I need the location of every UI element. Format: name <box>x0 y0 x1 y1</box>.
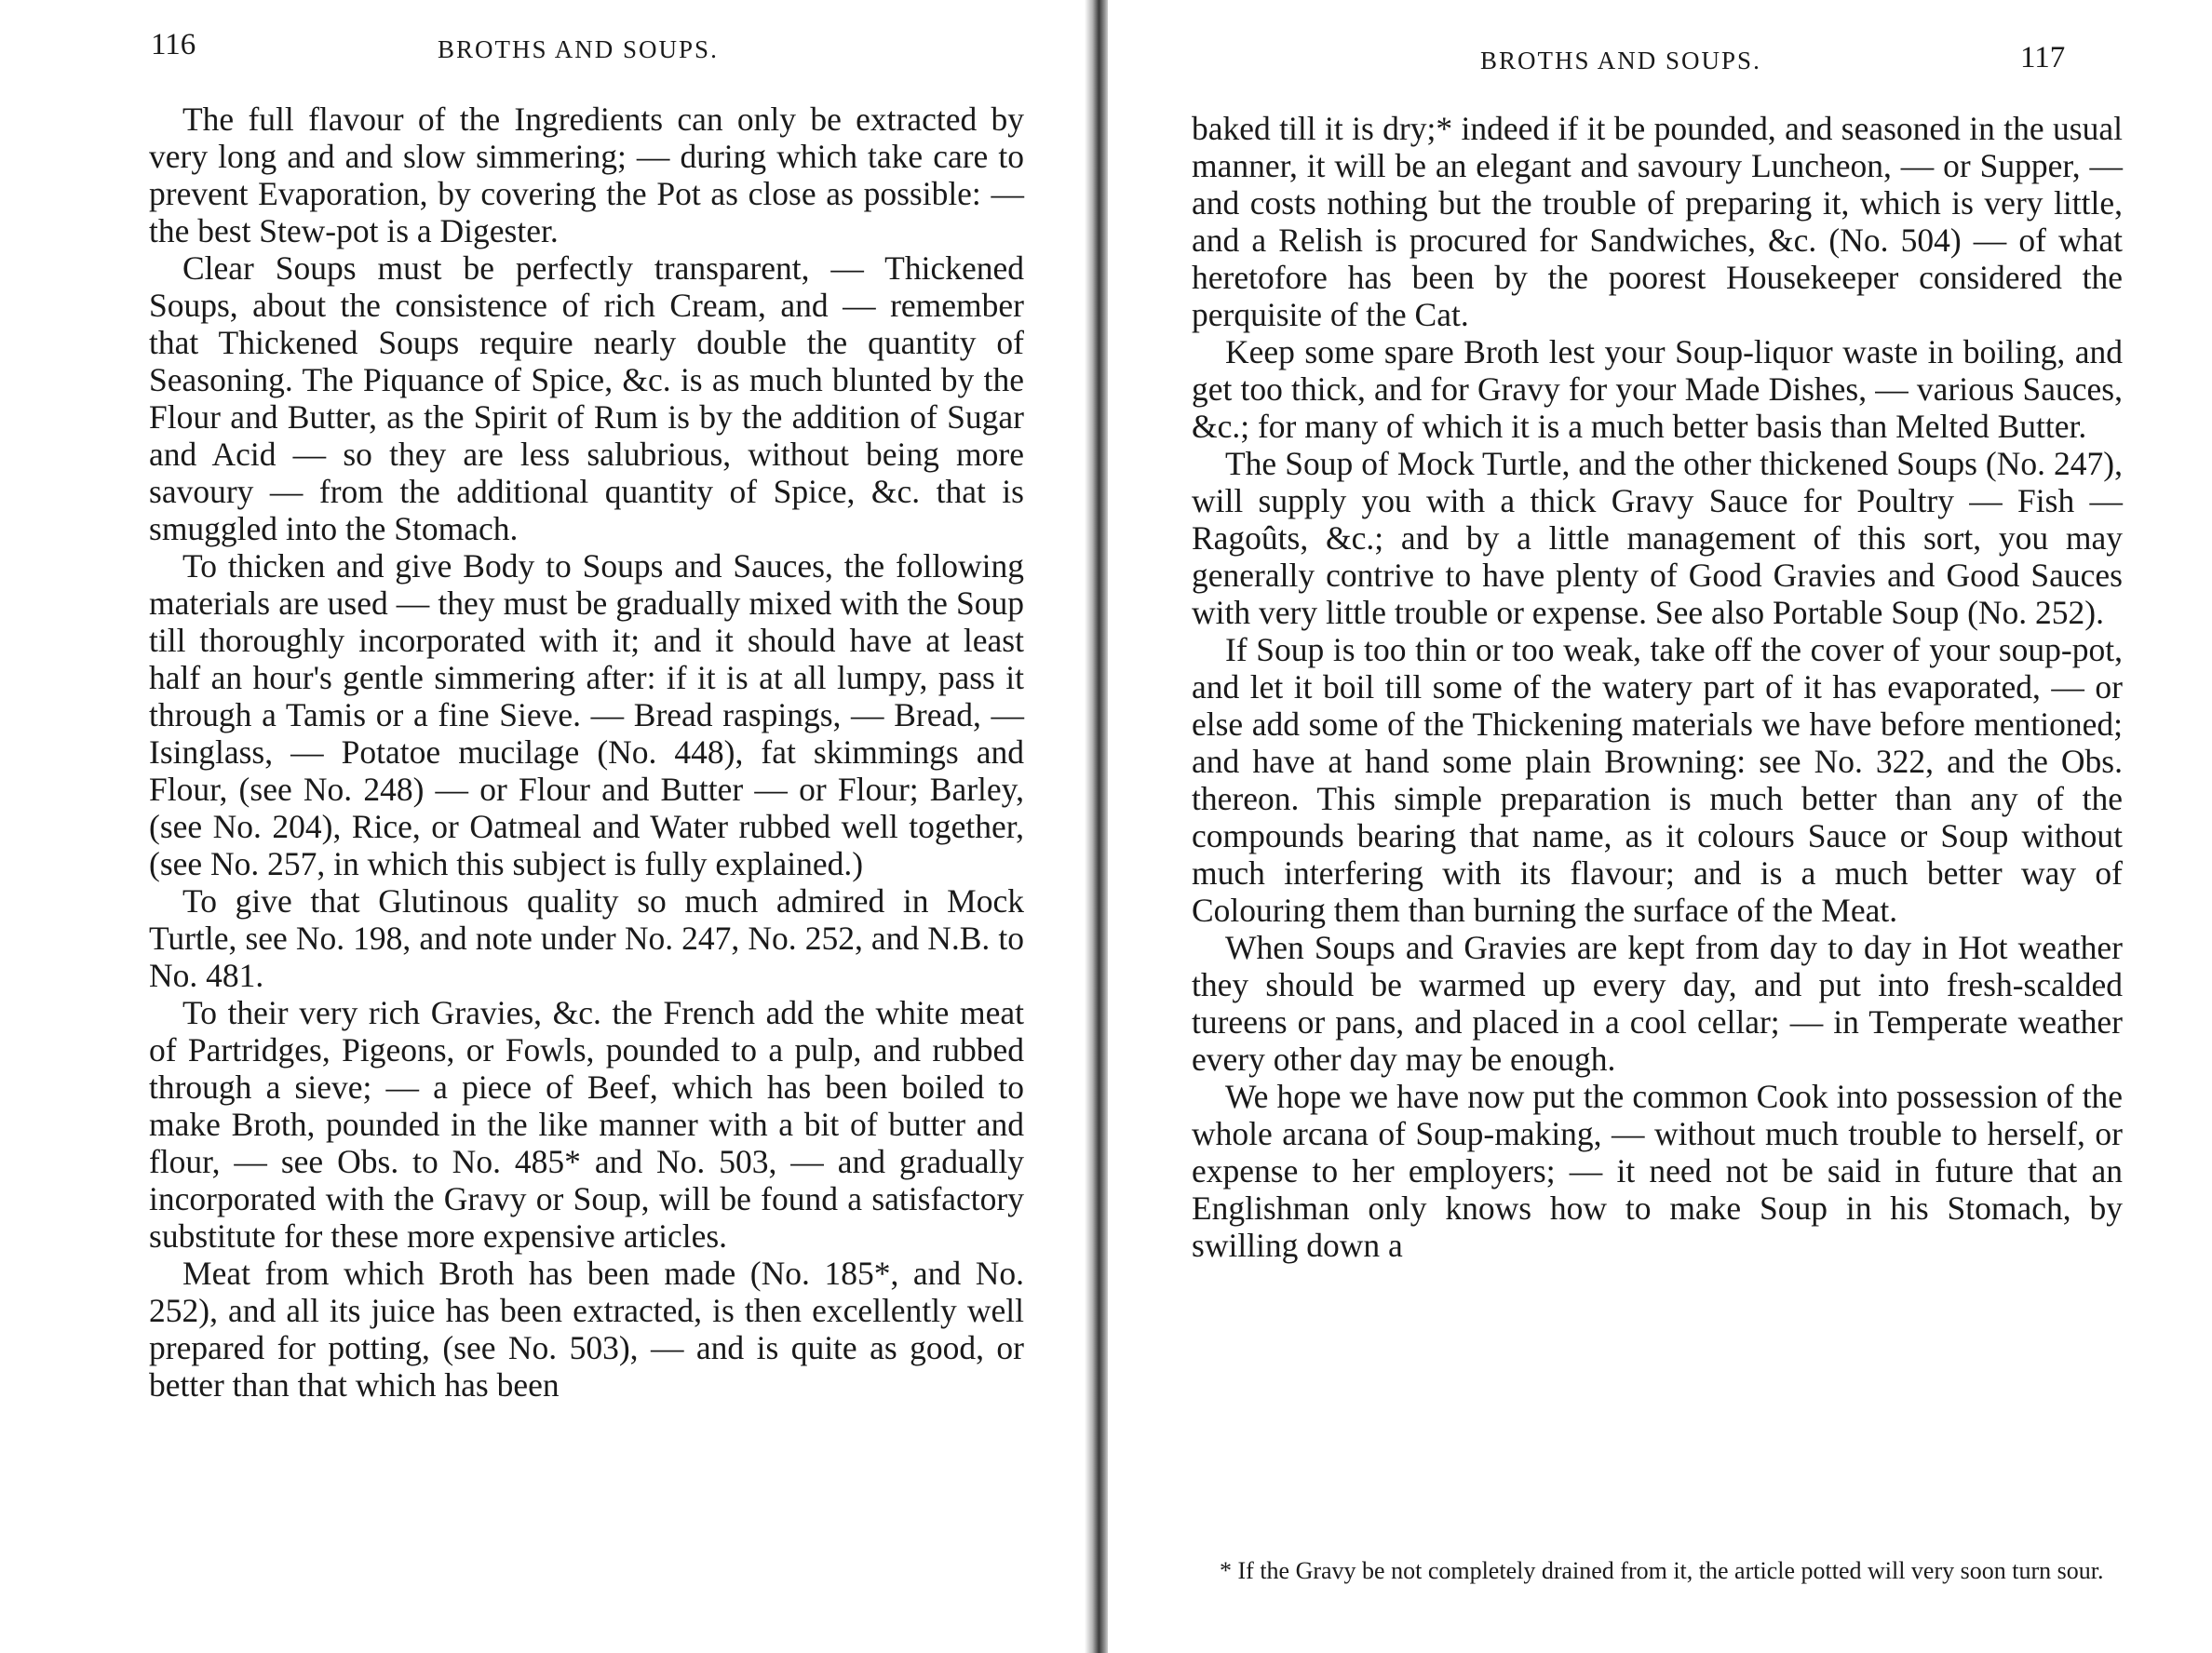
paragraph: When Soups and Gravies are kept from day… <box>1192 929 2123 1078</box>
right-page-body: baked till it is dry;* indeed if it be p… <box>1192 110 2123 1264</box>
paragraph: If Soup is too thin or too weak, take of… <box>1192 631 2123 929</box>
paragraph: The full flavour of the Ingredients can … <box>149 101 1024 249</box>
paragraph: To give that Glutinous quality so much a… <box>149 882 1024 994</box>
paragraph: We hope we have now put the common Cook … <box>1192 1078 2123 1264</box>
left-page: 116 BROTHS AND SOUPS. The full flavour o… <box>0 0 1089 1653</box>
paragraph: To thicken and give Body to Soups and Sa… <box>149 547 1024 882</box>
page-number-right: 117 <box>2020 41 2065 75</box>
running-head-left: BROTHS AND SOUPS. <box>438 35 719 64</box>
paragraph: The Soup of Mock Turtle, and the other t… <box>1192 445 2123 631</box>
paragraph: Meat from which Broth has been made (No.… <box>149 1255 1024 1404</box>
page-number-left: 116 <box>151 28 196 62</box>
paragraph: baked till it is dry;* indeed if it be p… <box>1192 110 2123 333</box>
right-page: BROTHS AND SOUPS. 117 baked till it is d… <box>1108 0 2212 1653</box>
paragraph: Keep some spare Broth lest your Soup-liq… <box>1192 333 2123 445</box>
paragraph: To their very rich Gravies, &c. the Fren… <box>149 994 1024 1255</box>
left-page-body: The full flavour of the Ingredients can … <box>149 101 1024 1404</box>
footnote: * If the Gravy be not completely drained… <box>1192 1556 2123 1585</box>
paragraph: Clear Soups must be perfectly transparen… <box>149 249 1024 547</box>
running-head-right: BROTHS AND SOUPS. <box>1480 47 1761 75</box>
book-gutter <box>1085 0 1111 1653</box>
